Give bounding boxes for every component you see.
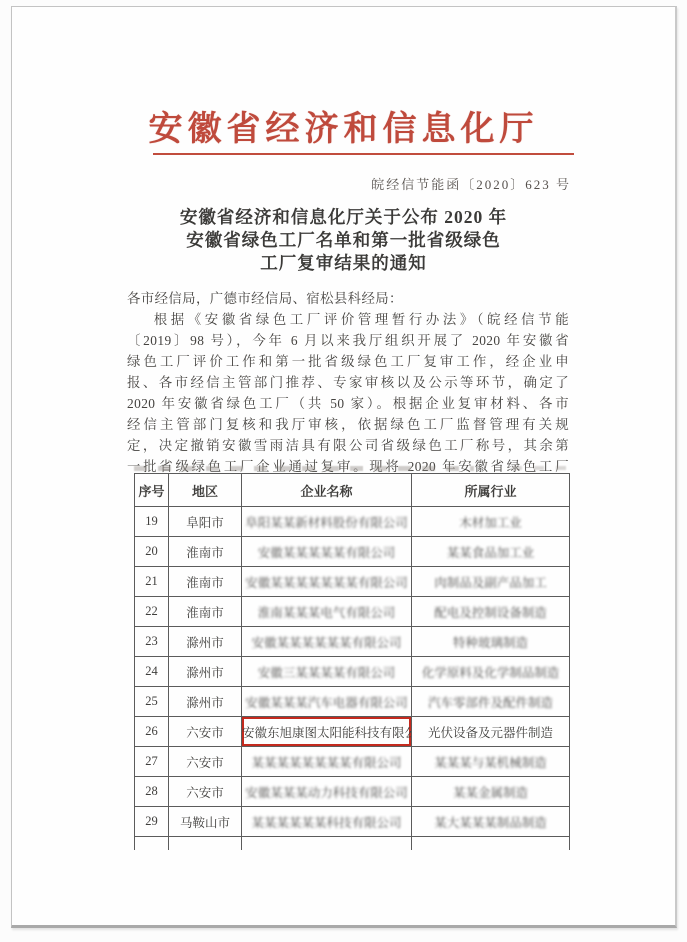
cell-company: 安徽东旭康图太阳能科技有限公司	[242, 717, 412, 747]
cell-number: 25	[135, 687, 169, 717]
body-line: 各市经信局，广德市经信局、宿松县科经局：	[127, 288, 569, 309]
cell-industry: 某某某与某机械制造	[412, 747, 570, 777]
cell-company: 安徽某某某动力科技有限公司	[242, 777, 412, 807]
document-title-line-2: 安徽省绿色工厂名单和第一批省级绿色	[12, 229, 675, 252]
cell-company: 阜阳某某新材料股份有限公司	[242, 507, 412, 537]
cell-number: 23	[135, 627, 169, 657]
cell-number: 26	[135, 717, 169, 747]
cell-industry: 某某食品加工业	[412, 537, 570, 567]
body-line: 〔2019〕98 号），今年 6 月以来我厅组织开展了 2020 年安徽省	[127, 330, 569, 351]
cell-cutoff	[135, 837, 169, 850]
cell-number: 20	[135, 537, 169, 567]
table-row: 26六安市安徽东旭康图太阳能科技有限公司光伏设备及元器件制造	[135, 717, 570, 747]
table-row: 19阜阳市阜阳某某新材料股份有限公司木材加工业	[135, 507, 570, 537]
cell-region: 淮南市	[169, 537, 242, 567]
cell-region: 阜阳市	[169, 507, 242, 537]
cell-region: 六安市	[169, 747, 242, 777]
document-number: 皖经信节能函〔2020〕623 号	[371, 174, 571, 193]
body-line: 2020 年安徽省绿色工厂（共 50 家）。根据企业复审材料、各市	[127, 393, 569, 414]
cell-cutoff	[412, 837, 570, 850]
document-title: 安徽省经济和信息化厅关于公布 2020 年 安徽省绿色工厂名单和第一批省级绿色 …	[12, 206, 675, 275]
truncated-text-smudge	[134, 466, 474, 471]
cell-region: 马鞍山市	[169, 807, 242, 837]
body-text: 各市经信局，广德市经信局、宿松县科经局：根据《安徽省绿色工厂评价管理暂行办法》（…	[127, 288, 569, 477]
cell-industry: 光伏设备及元器件制造	[412, 717, 570, 747]
col-header-industry: 所属行业	[412, 474, 570, 507]
table-row: 25滁州市安徽某某某汽车电器有限公司汽车零部件及配件制造	[135, 687, 570, 717]
table-row: 23滁州市安徽某某某某某某有限公司特种玻璃制造	[135, 627, 570, 657]
table-row: 27六安市某某某某某某某某有限公司某某某与某机械制造	[135, 747, 570, 777]
cell-industry: 配电及控制设备制造	[412, 597, 570, 627]
agency-header: 安徽省经济和信息化厅	[12, 101, 675, 150]
red-divider-line	[153, 153, 574, 155]
cell-number: 27	[135, 747, 169, 777]
cell-company: 安徽三某某某某有限公司	[242, 657, 412, 687]
body-line: 经信主管部门复核和我厅审核，依据绿色工厂监督管理有关规	[127, 414, 569, 435]
cell-region: 滁州市	[169, 657, 242, 687]
document-title-line-3: 工厂复审结果的通知	[12, 252, 675, 275]
col-header-region: 地区	[169, 474, 242, 507]
cell-industry: 肉制品及副产品加工	[412, 567, 570, 597]
truncated-text-smudge	[512, 466, 572, 470]
cell-industry: 化学原料及化学制品制造	[412, 657, 570, 687]
body-line: 定，决定撤销安徽雪雨洁具有限公司省级绿色工厂称号，其余第	[127, 435, 569, 456]
col-header-company: 企业名称	[242, 474, 412, 507]
cell-cutoff	[169, 837, 242, 850]
cell-company: 安徽某某某某某有限公司	[242, 537, 412, 567]
cell-industry: 特种玻璃制造	[412, 627, 570, 657]
cell-region: 淮南市	[169, 567, 242, 597]
cell-industry: 某某金属制造	[412, 777, 570, 807]
cell-region: 六安市	[169, 777, 242, 807]
scanned-document-page: 安徽省经济和信息化厅 皖经信节能函〔2020〕623 号 安徽省经济和信息化厅关…	[11, 6, 677, 928]
cell-number: 28	[135, 777, 169, 807]
table-row: 20淮南市安徽某某某某某有限公司某某食品加工业	[135, 537, 570, 567]
table-row: 28六安市安徽某某某动力科技有限公司某某金属制造	[135, 777, 570, 807]
cell-company: 安徽某某某某某某有限公司	[242, 627, 412, 657]
cell-company: 某某某某某某科技有限公司	[242, 807, 412, 837]
body-line: 报、各市经信主管部门推荐、专家审核以及公示等环节，确定了	[127, 372, 569, 393]
cell-region: 滁州市	[169, 687, 242, 717]
screenshot-stage: 安徽省经济和信息化厅 皖经信节能函〔2020〕623 号 安徽省经济和信息化厅关…	[0, 0, 687, 942]
cell-region: 滁州市	[169, 627, 242, 657]
body-line: 绿色工厂评价工作和第一批省级绿色工厂复审工作，经企业申	[127, 351, 569, 372]
body-line: 根据《安徽省绿色工厂评价管理暂行办法》（皖经信节能	[127, 309, 569, 330]
cell-number: 21	[135, 567, 169, 597]
cell-industry: 木材加工业	[412, 507, 570, 537]
cell-number: 19	[135, 507, 169, 537]
table-header-row: 序号 地区 企业名称 所属行业	[135, 474, 570, 507]
cell-industry: 汽车零部件及配件制造	[412, 687, 570, 717]
cell-industry: 某大某某某制品制造	[412, 807, 570, 837]
document-title-line-1: 安徽省经济和信息化厅关于公布 2020 年	[12, 206, 675, 229]
cell-company: 某某某某某某某某有限公司	[242, 747, 412, 777]
table-row: 29马鞍山市某某某某某某科技有限公司某大某某某制品制造	[135, 807, 570, 837]
cell-company: 淮南某某某电气有限公司	[242, 597, 412, 627]
cell-cutoff	[242, 837, 412, 850]
table-row-cutoff	[135, 837, 570, 850]
cell-number: 22	[135, 597, 169, 627]
cell-company: 安徽某某某汽车电器有限公司	[242, 687, 412, 717]
cell-region: 淮南市	[169, 597, 242, 627]
cell-region: 六安市	[169, 717, 242, 747]
table-row: 24滁州市安徽三某某某某有限公司化学原料及化学制品制造	[135, 657, 570, 687]
cell-number: 24	[135, 657, 169, 687]
col-header-number: 序号	[135, 474, 169, 507]
table-row: 21淮南市安徽某某某某某某某有限公司肉制品及副产品加工	[135, 567, 570, 597]
cell-company: 安徽某某某某某某某有限公司	[242, 567, 412, 597]
cell-number: 29	[135, 807, 169, 837]
green-factory-table: 序号 地区 企业名称 所属行业 19阜阳市阜阳某某新材料股份有限公司木材加工业2…	[134, 473, 570, 850]
table-row: 22淮南市淮南某某某电气有限公司配电及控制设备制造	[135, 597, 570, 627]
